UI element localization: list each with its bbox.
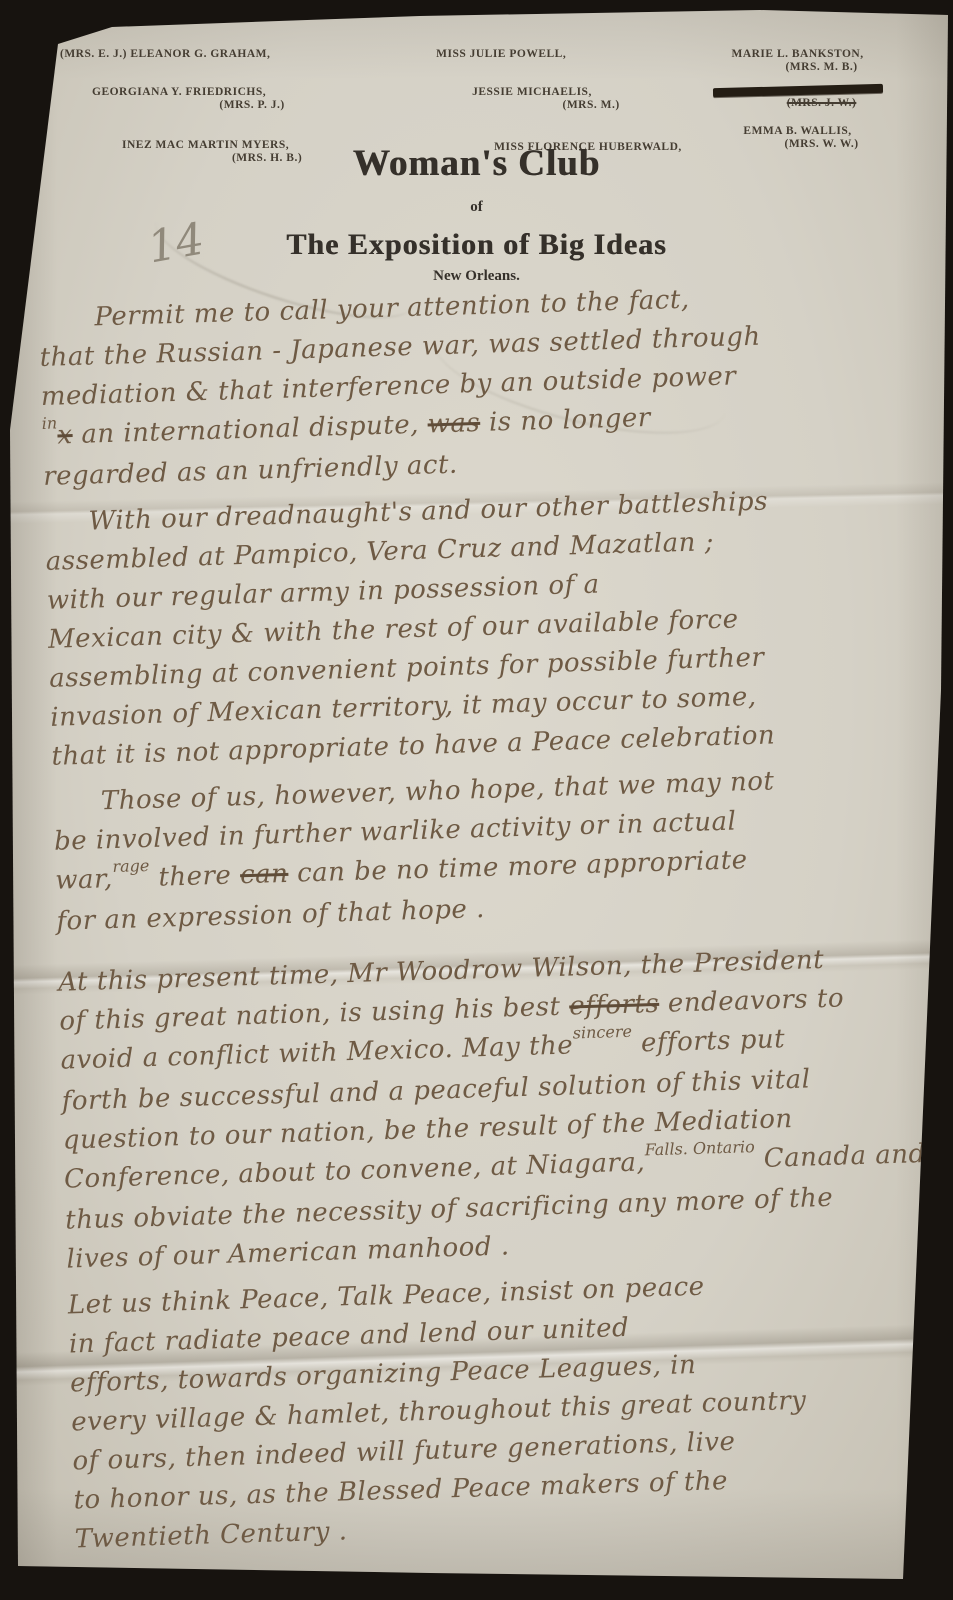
officer-name: (MRS. E. J.) ELEANOR G. GRAHAM, [60,48,364,61]
handwriting-text: efforts put [632,1024,786,1059]
club-name: Woman's Club [0,142,953,185]
inserted-word: Falls. Ontario [644,1127,755,1169]
officer-name: GEORGIANA Y. FRIEDRICHS, [92,86,364,99]
handwriting-text: lives of our American manhood . [66,1231,510,1274]
handwriting-text: Canada and [755,1139,927,1174]
exposition-name: The Exposition of Big Ideas [0,228,953,262]
handwriting-text: for an expression of that hope . [56,894,485,937]
letterhead-officer: GEORGIANA Y. FRIEDRICHS,(MRS. P. J.) [92,86,364,112]
handwriting-text: war, [55,864,113,896]
handwriting-text: an international dispute, [72,410,428,451]
pencil-page-number: 14 [144,214,208,274]
paragraph: Permit me to call your attention to the … [38,274,928,497]
handwriting-text: is no longer [480,403,651,438]
struck-word: x [57,420,73,450]
handwriting-text: endeavors to [659,983,845,1018]
struck-word: was [427,408,480,440]
inserted-word: in [41,403,58,442]
letter-paper: (MRS. E. J.) ELEANOR G. GRAHAM,GEORGIANA… [0,0,953,1600]
officer-name: JESSIE MICHAELIS, [472,86,662,99]
letterhead-officer: (MRS. E. J.) ELEANOR G. GRAHAM, [60,48,364,61]
letterhead-title-block: Woman's Club of The Exposition of Big Id… [0,142,953,285]
officer-married-name: (MRS. M. B.) [662,61,933,74]
officer-married-name: (MRS. P. J.) [92,99,364,112]
paragraph: Let us think Peace, Talk Peace, insist o… [67,1260,953,1559]
inserted-word: rage [112,846,150,886]
officer-married-name: (MRS. J. W.) [662,97,933,110]
paragraph: Those of us, however, who hope, that we … [52,758,941,942]
title-of: of [0,199,953,216]
letter-photograph: (MRS. E. J.) ELEANOR G. GRAHAM,GEORGIANA… [0,0,953,1600]
paragraph: At this present time, Mr Woodrow Wilson,… [58,937,952,1279]
letterhead-officer: MISS JULIE POWELL, [436,48,662,61]
letterhead-officer: (MRS. J. W.) [662,86,933,110]
handwriting-text: regarded as an unfriendly act. [43,450,458,492]
inserted-word: sincere [572,1012,632,1053]
officer-married-name: (MRS. M.) [472,99,662,112]
handwriting-text: Twentieth Century . [74,1516,348,1554]
struck-word: can [240,859,289,890]
letterhead-officer: JESSIE MICHAELIS,(MRS. M.) [472,86,662,112]
handwritten-body: Permit me to call your attention to the … [38,274,953,1567]
letterhead-officer: MARIE L. BANKSTON,(MRS. M. B.) [662,48,933,74]
officer-name: MARIE L. BANKSTON, [662,48,933,61]
handwriting-text: there [149,860,240,893]
paragraph: With our dreadnaught's and our other bat… [44,478,937,777]
obliterated-name-bar [712,84,882,97]
officer-name: EMMA B. WALLIS, [662,125,933,138]
officer-name: MISS JULIE POWELL, [436,48,662,61]
